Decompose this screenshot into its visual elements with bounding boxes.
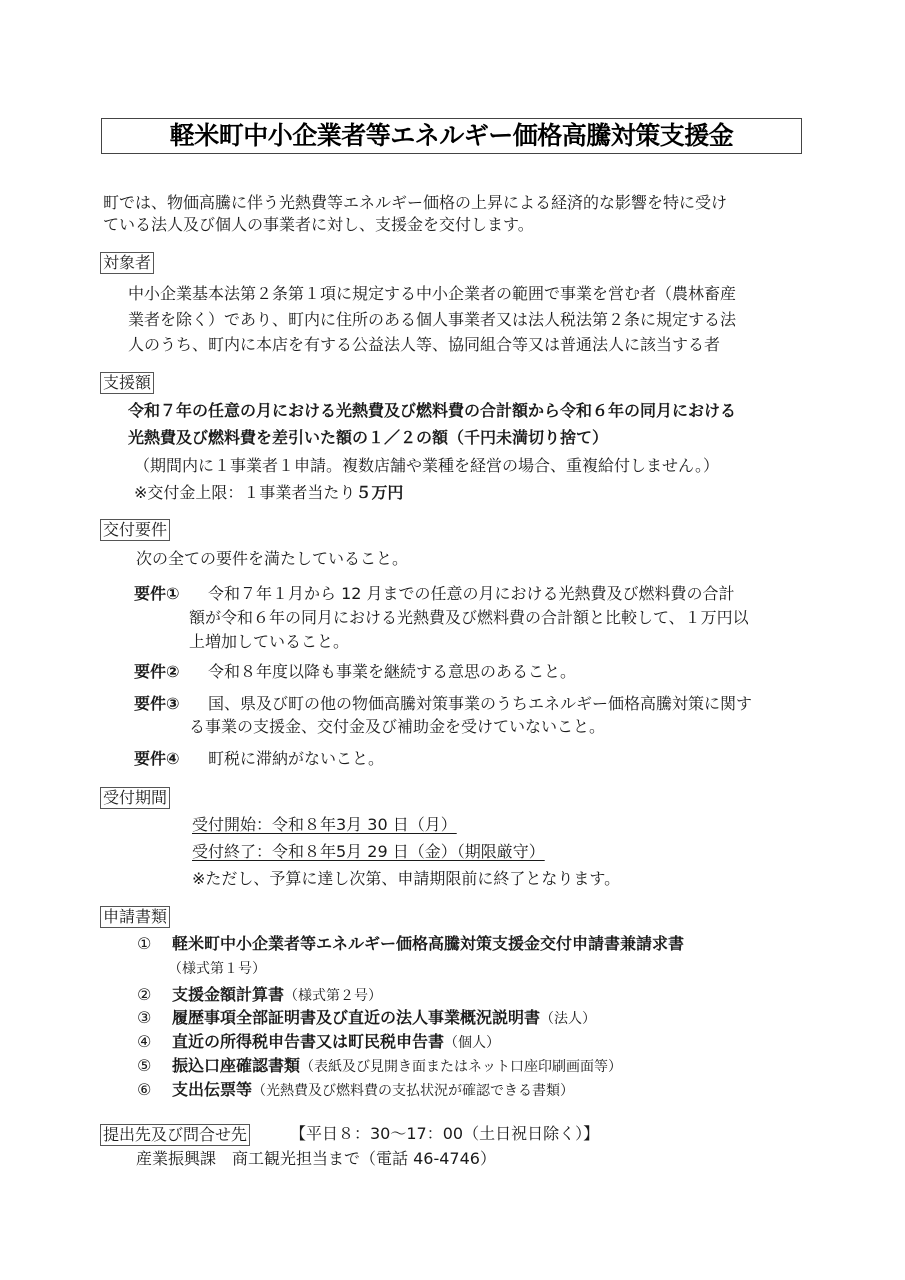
- amount-limit-value: ５万円: [355, 483, 403, 502]
- requirement-3-label: 要件③: [134, 694, 180, 714]
- requirement-4-label: 要件④: [134, 749, 180, 769]
- document-2-note: （様式第２号）: [284, 988, 382, 1004]
- target-line-2: 業者を除く）であり、町内に住所のある個人事業者又は法人税法第２条に規定する法: [128, 310, 736, 330]
- document-2: 支援金額計算書（様式第２号）: [172, 985, 382, 1006]
- period-note: ※ただし、予算に達し次第、申請期限前に終了となります。: [192, 869, 620, 889]
- document-1-note: （様式第１号）: [168, 959, 266, 979]
- document-6-number: ⑥: [137, 1080, 151, 1100]
- target-line-3: 人のうち、町内に本店を有する公益法人等、協同組合等又は普通法人に該当する者: [128, 335, 720, 355]
- document-3-name: 履歴事項全部証明書及び直近の法人事業概況説明書: [172, 1008, 540, 1027]
- document-5-name: 振込口座確認書類: [172, 1056, 300, 1075]
- document-4-note: （個人）: [444, 1035, 500, 1051]
- amount-note: （期間内に１事業者１申請。複数店舗や業種を経営の場合、重複給付しません。）: [134, 456, 719, 476]
- intro-line-2: ている法人及び個人の事業者に対し、支援金を交付します。: [103, 215, 534, 235]
- amount-formula-line-1: 令和７年の任意の月における光熱費及び燃料費の合計額から令和６年の同月における: [128, 401, 736, 421]
- section-heading-period: 受付期間: [100, 787, 170, 809]
- intro-line-1: 町では、物価高騰に伴う光熱費等エネルギー価格の上昇による経済的な影響を特に受け: [103, 193, 727, 213]
- section-heading-requirements: 交付要件: [100, 519, 170, 541]
- amount-limit-prefix: ※交付金上限：１事業者当たり: [134, 483, 355, 502]
- requirement-3-line-1: 国、県及び町の他の物価高騰対策事業のうちエネルギー価格高騰対策に関す: [208, 694, 752, 714]
- section-heading-contact: 提出先及び問合せ先: [100, 1124, 250, 1146]
- requirement-1-line-2: 額が令和６年の同月における光熱費及び燃料費の合計額と比較して、１万円以: [189, 608, 749, 628]
- document-3-number: ③: [137, 1008, 151, 1028]
- requirements-intro: 次の全ての要件を満たしていること。: [136, 549, 408, 569]
- document-3-note: （法人）: [540, 1011, 596, 1027]
- document-6-note: （光熱費及び燃料費の支払状況が確認できる書類）: [252, 1083, 574, 1099]
- document-4-number: ④: [137, 1032, 151, 1052]
- requirement-1-line-3: 上増加していること。: [189, 632, 349, 652]
- target-line-1: 中小企業基本法第２条第１項に規定する中小企業者の範囲で事業を営む者（農林畜産: [128, 284, 736, 304]
- section-heading-amount: 支援額: [100, 372, 154, 394]
- section-heading-target: 対象者: [100, 252, 154, 274]
- requirement-3-line-2: る事業の支援金、交付金及び補助金を受けていないこと。: [189, 717, 605, 737]
- requirement-1-label: 要件①: [134, 584, 180, 604]
- document-4: 直近の所得税申告書又は町民税申告書（個人）: [172, 1032, 500, 1053]
- document-6: 支出伝票等（光熱費及び燃料費の支払状況が確認できる書類）: [172, 1080, 574, 1101]
- document-5-note: （表紙及び見開き面またはネット口座印刷画面等）: [300, 1059, 622, 1075]
- contact-department: 産業振興課 商工観光担当まで（電話 46-4746）: [136, 1149, 496, 1169]
- amount-limit: ※交付金上限：１事業者当たり５万円: [134, 483, 403, 503]
- requirement-1-line-1: 令和７年１月から 12 月までの任意の月における光熱費及び燃料費の合計: [208, 584, 735, 604]
- document-4-name: 直近の所得税申告書又は町民税申告書: [172, 1032, 444, 1051]
- requirement-4-line-1: 町税に滞納がないこと。: [208, 749, 384, 769]
- requirement-2-label: 要件②: [134, 662, 180, 682]
- period-start: 受付開始：令和８年3月 30 日（月）: [192, 815, 457, 835]
- period-end: 受付終了：令和８年5月 29 日（金）（期限厳守）: [192, 842, 545, 862]
- document-1-name: 軽米町中小企業者等エネルギー価格高騰対策支援金交付申請書兼請求書: [172, 934, 684, 954]
- document-6-name: 支出伝票等: [172, 1080, 252, 1099]
- section-heading-documents: 申請書類: [100, 906, 170, 928]
- page-title: 軽米町中小企業者等エネルギー価格高騰対策支援金: [101, 118, 802, 154]
- document-5-number: ⑤: [137, 1056, 151, 1076]
- amount-formula-line-2: 光熱費及び燃料費を差引いた額の１／２の額（千円未満切り捨て）: [128, 428, 608, 448]
- document-1-number: ①: [137, 934, 151, 954]
- document-5: 振込口座確認書類（表紙及び見開き面またはネット口座印刷画面等）: [172, 1056, 622, 1077]
- contact-hours: 【平日８：30～17：00（土日祝日除く）】: [290, 1124, 599, 1144]
- document-2-number: ②: [137, 985, 151, 1005]
- document-2-name: 支援金額計算書: [172, 985, 284, 1004]
- requirement-2-line-1: 令和８年度以降も事業を継続する意思のあること。: [208, 662, 576, 682]
- document-3: 履歴事項全部証明書及び直近の法人事業概況説明書（法人）: [172, 1008, 596, 1029]
